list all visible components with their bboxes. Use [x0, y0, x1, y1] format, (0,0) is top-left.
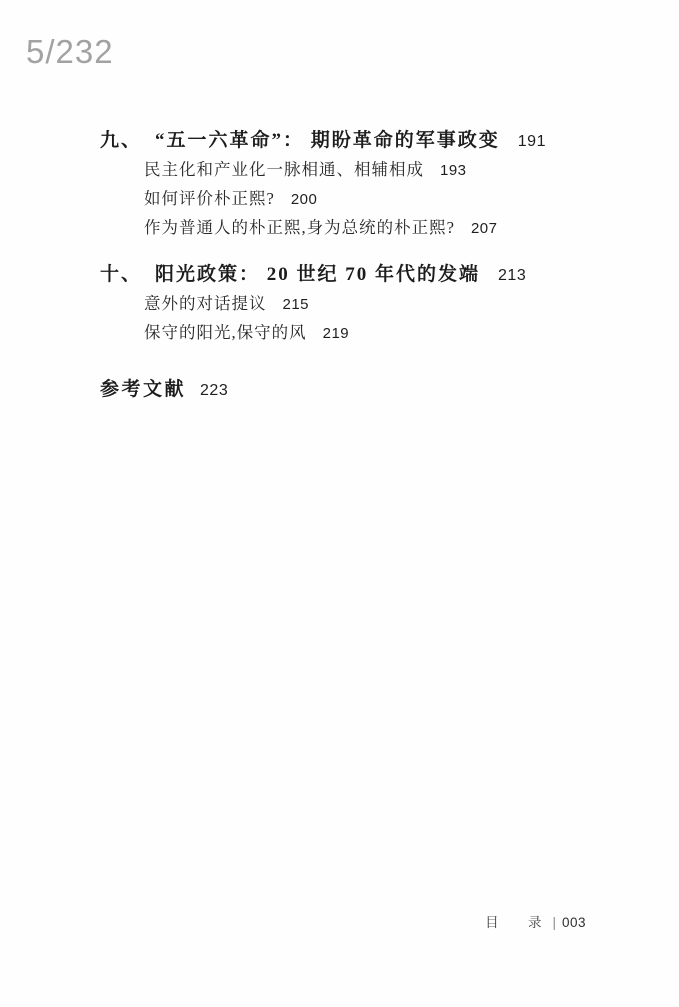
table-of-contents: 九、 “五一六革命”： 期盼革命的军事政变 191 民主化和产业化一脉相通、相辅…: [100, 127, 620, 405]
toc-entry: 民主化和产业化一脉相通、相辅相成 193: [100, 156, 620, 185]
toc-entry: 作为普通人的朴正熙,身为总统的朴正熙? 207: [100, 214, 620, 243]
toc-entry-title: 作为普通人的朴正熙,身为总统的朴正熙?: [144, 214, 455, 242]
toc-entry-page-number: 193: [440, 157, 467, 185]
chapter-title: “五一六革命”： 期盼革命的军事政变: [155, 127, 500, 155]
toc-entry: 保守的阳光,保守的风 219: [100, 319, 620, 348]
chapter-page-number: 213: [498, 262, 526, 290]
chapter-page-number: 191: [518, 128, 546, 156]
toc-chapter-heading: 十、 阳光政策： 20 世纪 70 年代的发端 213: [100, 261, 620, 290]
toc-entry-title: 保守的阳光,保守的风: [144, 319, 307, 347]
chapter-number: 九、: [100, 127, 142, 155]
footer-page-number: 003: [562, 913, 586, 933]
toc-entry-title: 意外的对话提议: [144, 290, 267, 318]
references-title: 参考文献: [100, 376, 186, 404]
toc-entry-title: 民主化和产业化一脉相通、相辅相成: [144, 156, 424, 184]
toc-entry-title: 如何评价朴正熙?: [144, 185, 275, 213]
toc-entry-page-number: 207: [471, 215, 498, 243]
ebook-reader-page: 5/232 九、 “五一六革命”： 期盼革命的军事政变 191 民主化和产业化一…: [0, 0, 679, 1007]
toc-entry-page-number: 219: [323, 320, 350, 348]
references-page-number: 223: [200, 377, 228, 405]
chapter-number: 十、: [100, 261, 142, 289]
footer-separator: |: [552, 913, 556, 933]
toc-entry: 如何评价朴正熙? 200: [100, 185, 620, 214]
toc-entry-page-number: 200: [291, 186, 318, 214]
toc-entry: 意外的对话提议 215: [100, 290, 620, 319]
toc-entry-page-number: 215: [283, 291, 310, 319]
chapter-title: 阳光政策： 20 世纪 70 年代的发端: [155, 261, 480, 289]
page-footer: 目 录 | 003: [485, 913, 586, 933]
footer-section-label: 目 录: [485, 913, 542, 933]
toc-references-heading: 参考文献 223: [100, 376, 620, 405]
page-position-indicator: 5/232: [26, 34, 114, 70]
toc-chapter-heading: 九、 “五一六革命”： 期盼革命的军事政变 191: [100, 127, 620, 156]
